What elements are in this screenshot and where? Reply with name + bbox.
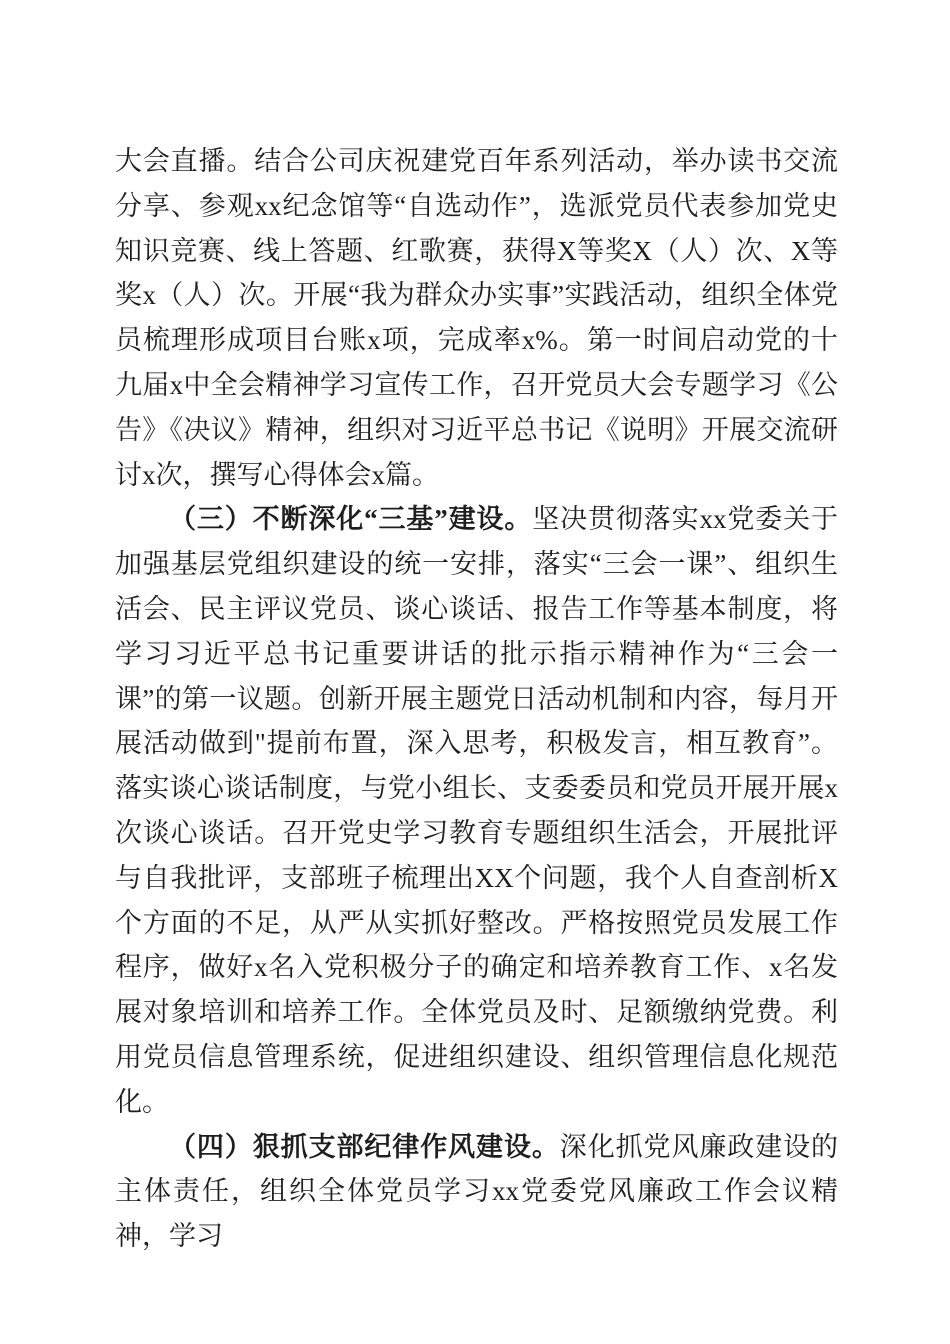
paragraph-text: 坚决贯彻落实xx党委关于加强基层党组织建设的统一安排，落实“三会一课”、组织生活…	[115, 504, 838, 1116]
paragraph-section-4: （四）狠抓支部纪律作风建设。深化抓党风廉政建设的主体责任，组织全体党员学习xx党…	[115, 1125, 838, 1259]
paragraph-section-3: （三）不断深化“三基”建设。坚决贯彻落实xx党委关于加强基层党组织建设的统一安排…	[115, 497, 838, 1124]
section-4-heading: （四）狠抓支部纪律作风建设。	[169, 1132, 560, 1162]
paragraph-continuation: 大会直播。结合公司庆祝建党百年系列活动，举办读书交流分享、参观xx纪念馆等“自选…	[115, 139, 838, 497]
section-3-heading: （三）不断深化“三基”建设。	[169, 504, 532, 534]
document-body: 大会直播。结合公司庆祝建党百年系列活动，举办读书交流分享、参观xx纪念馆等“自选…	[115, 139, 838, 1259]
paragraph-text: 大会直播。结合公司庆祝建党百年系列活动，举办读书交流分享、参观xx纪念馆等“自选…	[115, 146, 838, 490]
